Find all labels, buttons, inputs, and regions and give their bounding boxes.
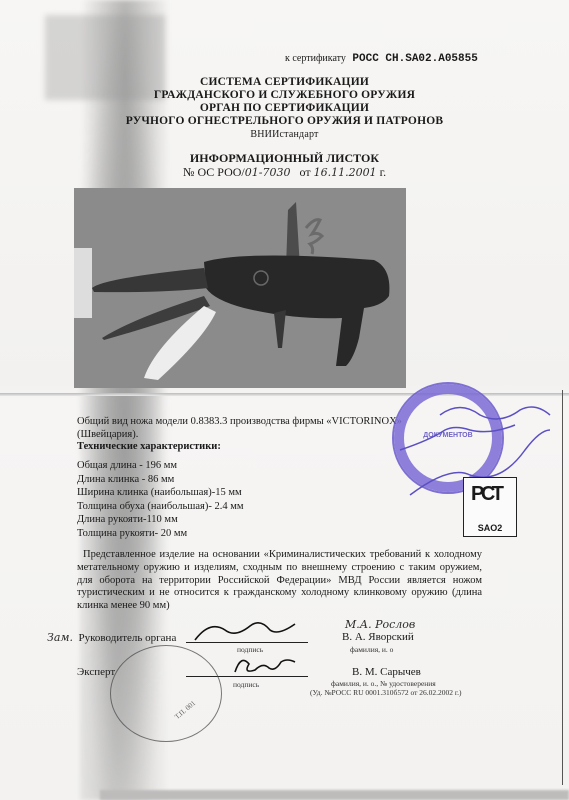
expert-sign-caption: подпись (233, 680, 259, 689)
knife-photo (74, 188, 406, 388)
cert-ref-number: РОСС CH.SA02.A05855 (352, 53, 477, 65)
certification-mark: РСТ SAO2 (463, 477, 517, 537)
expert-name: В. М. Сарычев (352, 666, 421, 678)
expert-caption: фамилия, и. о., № удостоверения (331, 679, 436, 688)
handwritten-date: 16.11.2001 (314, 166, 377, 179)
head-name-caption: фамилия, и. о (350, 645, 393, 654)
scanned-page: к сертификату РОСС CH.SA02.A05855 СИСТЕМ… (0, 0, 569, 800)
spec-item: Общая длина - 196 мм (77, 459, 244, 473)
issuer-header: СИСТЕМА СЕРТИФИКАЦИИ ГРАЖДАНСКОГО И СЛУЖ… (0, 76, 569, 141)
spec-item: Длина рукояти-110 мм (77, 513, 244, 527)
pct-logo-icon: РСТ (471, 483, 501, 506)
header-line: РУЧНОГО ОГНЕСТРЕЛЬНОГО ОРУЖИЯ И ПАТРОНОВ (0, 115, 569, 128)
expert-certificate: (Уд. №РОСС RU 0001.310б572 от 26.02.2002… (310, 688, 462, 697)
handwritten-name: М.А. Рослов (345, 618, 415, 631)
spec-item: Ширина клинка (наибольшая)-15 мм (77, 486, 244, 500)
spec-item: Толщина обуха (наибольшая)- 2.4 мм (77, 500, 244, 514)
head-signature (190, 618, 300, 648)
cert-ref-label: к сертификату (285, 53, 346, 64)
head-name: В. А. Яворский (342, 631, 414, 643)
page-edge-line (562, 390, 563, 785)
expert-label: Эксперт (77, 666, 115, 678)
mark-code: SAO2 (464, 523, 516, 533)
specs-list: Общая длина - 196 мм Длина клинка - 86 м… (77, 459, 244, 540)
head-signature-row: Зам. Руководитель органа (47, 631, 176, 644)
header-line: ГРАЖДАНСКОГО И СЛУЖЕБНОГО ОРУЖИЯ (0, 89, 569, 102)
head-label: Руководитель органа (79, 632, 177, 644)
spec-item: Толщина рукояти- 20 мм (77, 527, 244, 541)
gray-stamp-text: Т.П. 001 (173, 699, 197, 721)
gray-round-stamp: Т.П. 001 (110, 645, 222, 742)
document-title: ИНФОРМАЦИОННЫЙ ЛИСТОК (0, 151, 569, 166)
header-org: ВНИИстандарт (0, 128, 569, 141)
conclusion-paragraph: Представленное изделие на основании «Кри… (77, 549, 482, 613)
certificate-reference: к сертификату РОСС CH.SA02.A05855 (285, 53, 478, 65)
handwritten-prefix: Зам. (47, 631, 73, 644)
copier-band (100, 790, 569, 800)
spec-item: Длина клинка - 86 мм (77, 473, 244, 487)
document-number: № ОС РОО/01-7030 от 16.11.2001 г. (183, 165, 386, 180)
header-line: СИСТЕМА СЕРТИФИКАЦИИ (0, 76, 569, 89)
header-line: ОРГАН ПО СЕРТИФИКАЦИИ (0, 102, 569, 115)
expert-signature (230, 652, 300, 678)
handwritten-number: 01-7030 (245, 166, 291, 179)
